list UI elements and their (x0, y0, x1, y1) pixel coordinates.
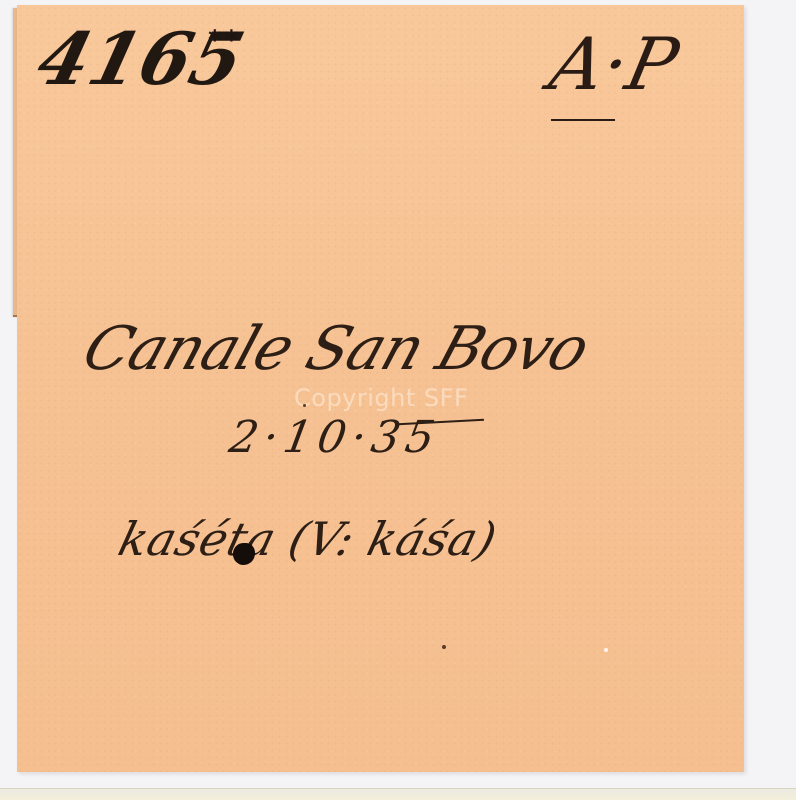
initials-underline (551, 119, 615, 121)
locality-text: Canale San Bovo (75, 314, 597, 384)
collector-initials: A·P (543, 22, 686, 106)
paper-speck (303, 404, 306, 407)
collection-date: 2·10·35 (226, 412, 445, 463)
copyright-watermark: Copyright SFF (294, 384, 468, 412)
paper-speck (604, 648, 608, 652)
vernacular-name-note: kaśéta (V: káśa) (113, 512, 502, 566)
paper-speck (442, 645, 446, 649)
mount-sheet-edge (0, 788, 796, 800)
catalog-marks: ** (208, 26, 241, 56)
